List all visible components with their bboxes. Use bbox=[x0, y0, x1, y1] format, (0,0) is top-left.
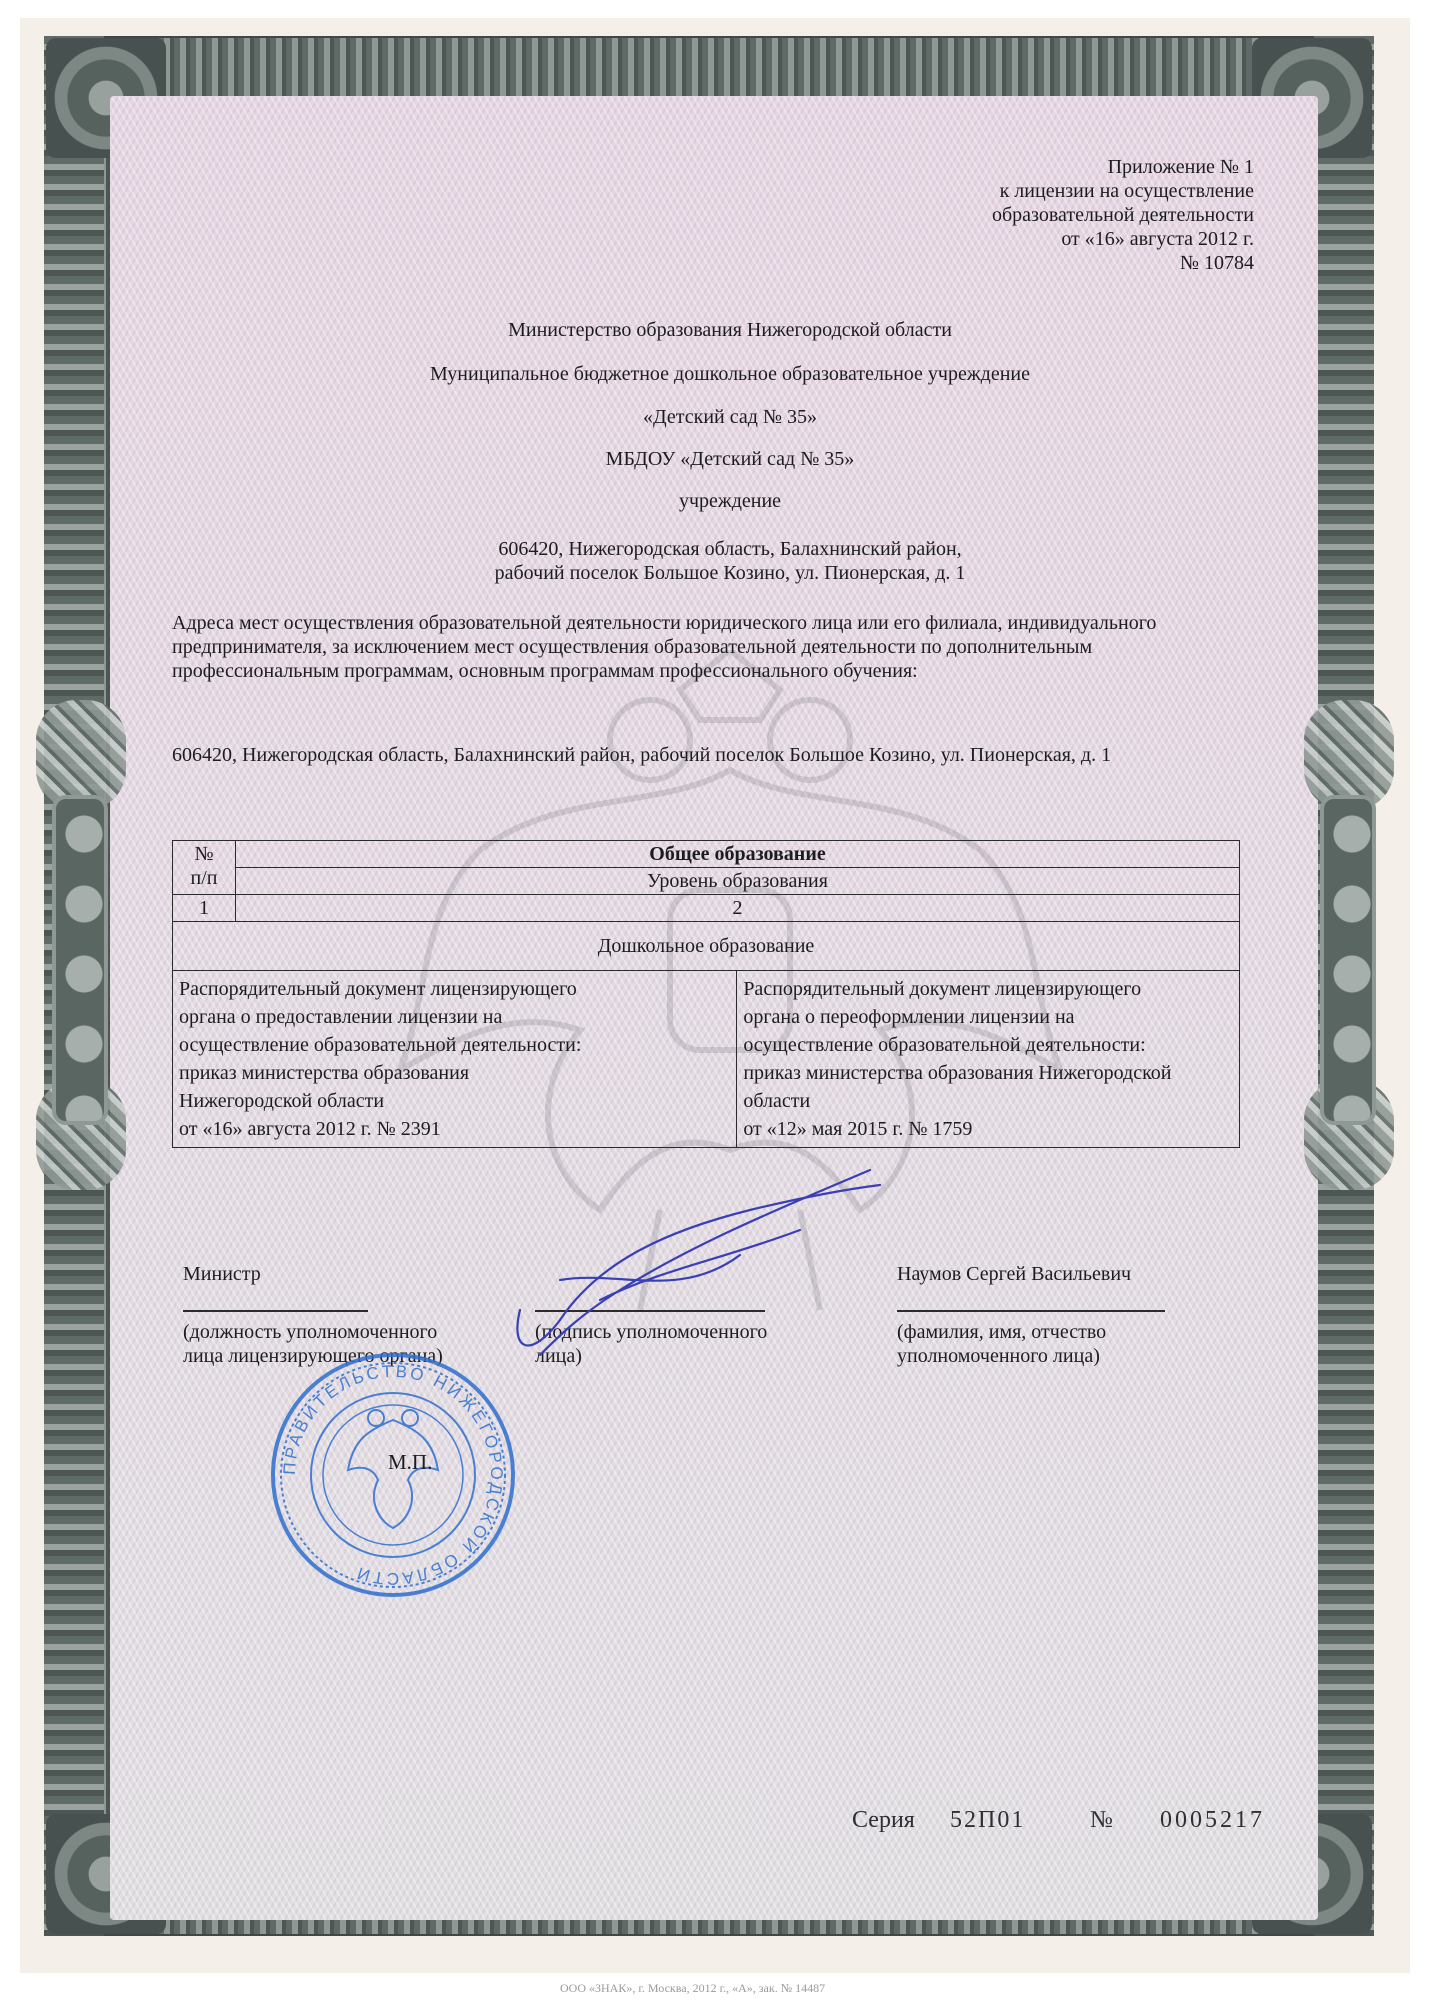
series-label: Серия bbox=[852, 1808, 915, 1832]
reissue-document: Распорядительный документ лицензирующего… bbox=[737, 971, 1240, 1148]
handwritten-signature-icon bbox=[500, 1160, 900, 1360]
stamp-outer-text: ПРАВИТЕЛЬСТВО НИЖЕГОРОДСКОЙ ОБЛАСТИ bbox=[280, 1362, 506, 1588]
appendix-line: Приложение № 1 bbox=[754, 155, 1254, 179]
organization-full-name: Муниципальное бюджетное дошкольное образ… bbox=[300, 362, 1160, 386]
table-row: 1 2 bbox=[173, 895, 1240, 922]
address-line: 606420, Нижегородская область, Балахнинс… bbox=[300, 537, 1160, 561]
printer-note: ООО «ЗНАК», г. Москва, 2012 г., «А», зак… bbox=[560, 1976, 825, 2000]
appendix-line: к лицензии на осуществление bbox=[754, 179, 1254, 203]
section-title: Общее образование bbox=[236, 841, 1240, 868]
position-line bbox=[183, 1310, 368, 1312]
knot-ornament-icon bbox=[1304, 700, 1394, 810]
seal-label: М.П. bbox=[388, 1450, 432, 1474]
col-index-2: 2 bbox=[236, 895, 1240, 922]
col-index-1: 1 bbox=[173, 895, 236, 922]
col-num-header: № п/п bbox=[173, 841, 236, 895]
appendix-line: от «16» августа 2012 г. bbox=[754, 227, 1254, 251]
level-header: Уровень образования bbox=[236, 868, 1240, 895]
table-row: Уровень образования bbox=[173, 868, 1240, 895]
grant-document: Распорядительный документ лицензирующего… bbox=[173, 971, 737, 1148]
address-line: рабочий поселок Большое Козино, ул. Пион… bbox=[300, 561, 1160, 585]
svg-text:ПРАВИТЕЛЬСТВО НИЖЕГОРОДСКОЙ ОБ: ПРАВИТЕЛЬСТВО НИЖЕГОРОДСКОЙ ОБЛАСТИ bbox=[280, 1362, 506, 1588]
place-address: 606420, Нижегородская область, Балахнинс… bbox=[172, 743, 1222, 767]
appendix-header: Приложение № 1 к лицензии на осуществлен… bbox=[754, 155, 1254, 275]
number-sign: № bbox=[1090, 1808, 1113, 1832]
organization-short-name: МБДОУ «Детский сад № 35» bbox=[400, 447, 1060, 471]
organization-type: учреждение bbox=[400, 489, 1060, 513]
signatory-position: Министр bbox=[183, 1262, 261, 1286]
side-panel-ornament-icon bbox=[1320, 795, 1376, 1125]
name-line bbox=[897, 1310, 1165, 1312]
organization-name: «Детский сад № 35» bbox=[400, 405, 1060, 429]
places-label: Адреса мест осуществления образовательно… bbox=[172, 611, 1222, 683]
table-row: № п/п Общее образование bbox=[173, 841, 1240, 868]
signatory-name: Наумов Сергей Васильевич bbox=[897, 1262, 1131, 1286]
official-stamp-icon: ПРАВИТЕЛЬСТВО НИЖЕГОРОДСКОЙ ОБЛАСТИ bbox=[268, 1350, 518, 1600]
appendix-line: образовательной деятельности bbox=[754, 203, 1254, 227]
knot-ornament-icon bbox=[36, 700, 126, 810]
organization-address: 606420, Нижегородская область, Балахнинс… bbox=[300, 537, 1160, 585]
appendix-line: № 10784 bbox=[754, 251, 1254, 275]
series-value: 52П01 bbox=[950, 1808, 1025, 1832]
level-value: Дошкольное образование bbox=[173, 922, 1240, 971]
license-table: № п/п Общее образование Уровень образова… bbox=[172, 840, 1240, 1148]
table-row: Дошкольное образование bbox=[173, 922, 1240, 971]
ministry-name: Министерство образования Нижегородской о… bbox=[400, 318, 1060, 342]
side-panel-ornament-icon bbox=[52, 795, 108, 1125]
name-caption: (фамилия, имя, отчество уполномоченного … bbox=[897, 1320, 1227, 1368]
serial-number: 0005217 bbox=[1160, 1808, 1265, 1832]
table-row: Распорядительный документ лицензирующего… bbox=[173, 971, 1240, 1148]
